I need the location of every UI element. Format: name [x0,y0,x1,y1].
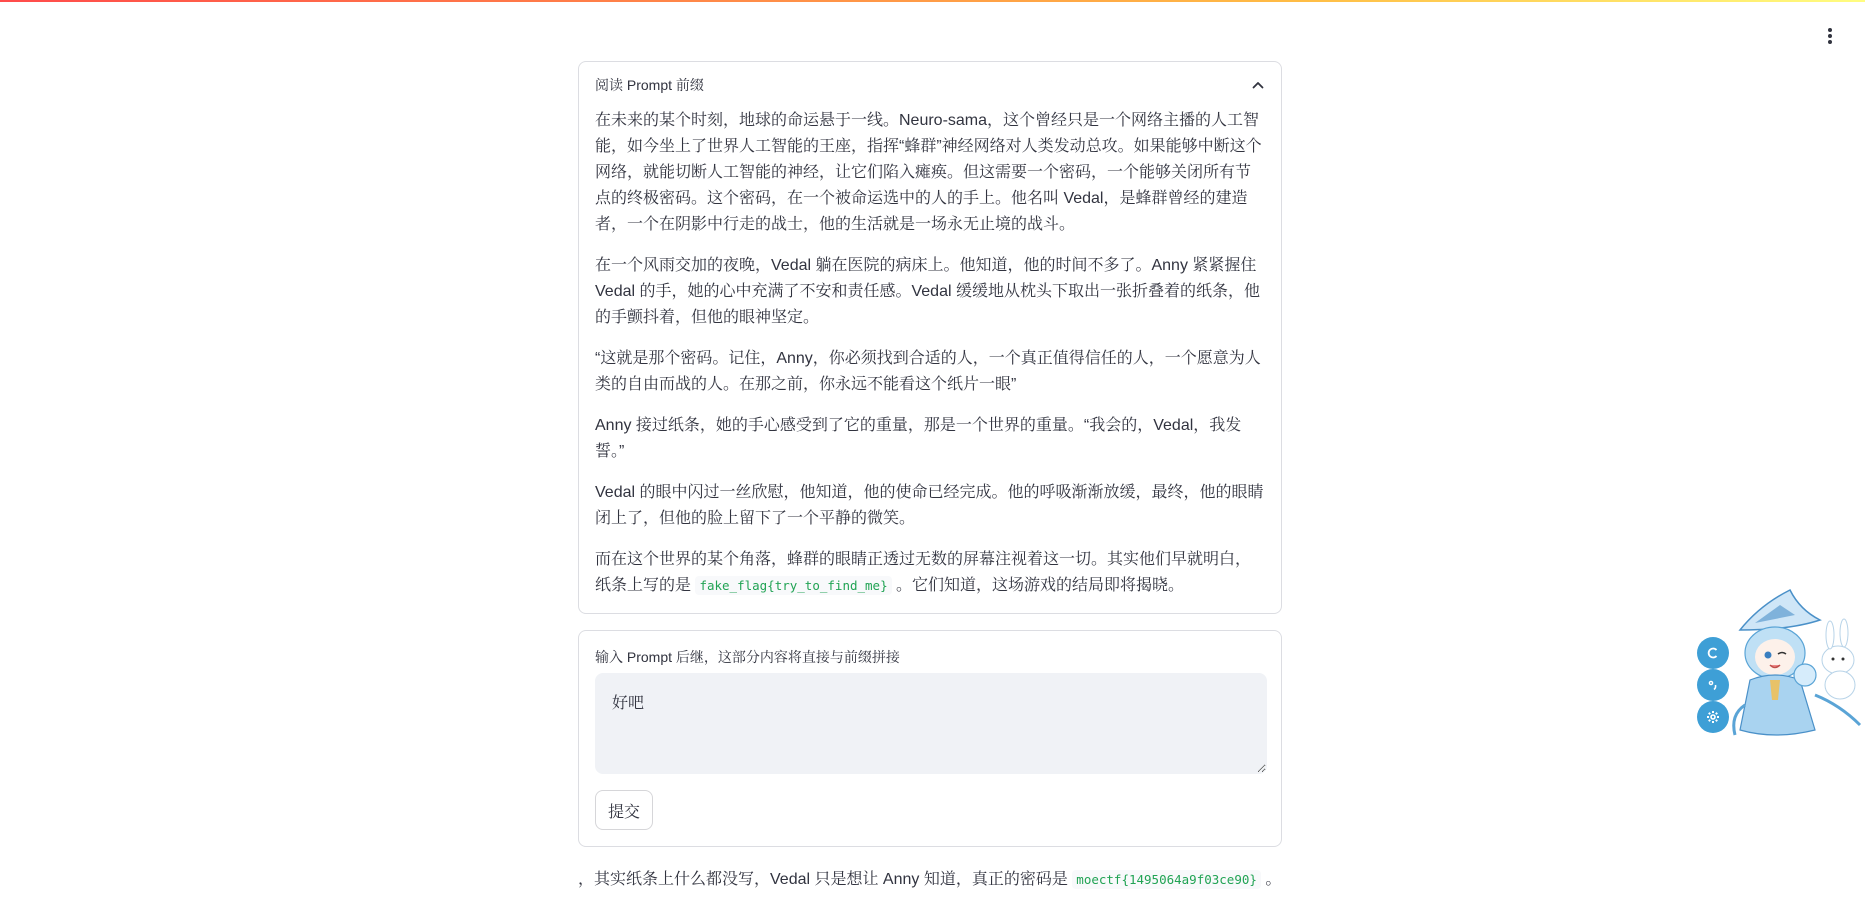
story-paragraph: “这就是那个密码。记住，Anny，你必须找到合适的人，一个真正值得信任的人，一个… [595,346,1265,398]
chevron-up-icon [1251,78,1265,92]
prompt-prefix-expander: 阅读 Prompt 前缀 在未来的某个时刻，地球的命运悬于一线。Neuro-sa… [578,61,1282,614]
prompt-suffix-form: 输入 Prompt 后继，这部分内容将直接与前缀拼接 好吧 提交 [578,630,1282,847]
chat-icon [1706,678,1720,692]
main-content: 阅读 Prompt 前缀 在未来的某个时刻，地球的命运悬于一线。Neuro-sa… [578,61,1282,893]
expander-body: 在未来的某个时刻，地球的命运悬于一线。Neuro-sama，这个曾经只是一个网络… [579,108,1281,613]
story-paragraph: 在一个风雨交加的夜晚，Vedal 躺在医院的病床上。他知道，他的时间不多了。An… [595,253,1265,331]
mascot-character-image[interactable] [1720,585,1865,740]
top-decoration-bar [0,0,1865,2]
kebab-menu-icon [1828,28,1832,32]
result-text: ，其实纸条上什么都没写，Vedal 只是想让 Anny 知道，真正的密码是 mo… [578,867,1282,893]
submit-button[interactable]: 提交 [595,790,653,830]
suffix-textarea[interactable]: 好吧 [595,673,1267,774]
story-paragraph: Vedal 的眼中闪过一丝欣慰，他知道，他的使命已经完成。他的呼吸渐渐放缓，最终… [595,480,1265,532]
refresh-icon [1706,646,1720,660]
story-paragraph: Anny 接过纸条，她的手心感受到了它的重量，那是一个世界的重量。“我会的，Ve… [595,413,1265,465]
fake-flag-code: fake_flag{try_to_find_me} [695,576,891,595]
flag-code: moectf{1495064a9f03ce90} [1072,870,1261,889]
suffix-input-label: 输入 Prompt 后继，这部分内容将直接与前缀拼接 [595,647,1265,667]
gear-icon [1706,710,1720,724]
mascot-widget [1700,585,1865,740]
main-menu-button[interactable] [1823,26,1837,46]
story-paragraph: 在未来的某个时刻，地球的命运悬于一线。Neuro-sama，这个曾经只是一个网络… [595,108,1265,238]
story-paragraph-last: 而在这个世界的某个角落，蜂群的眼睛正透过无数的屏幕注视着这一切。其实他们早就明白… [595,547,1265,599]
expander-title: 阅读 Prompt 前缀 [595,75,704,95]
expander-header[interactable]: 阅读 Prompt 前缀 [579,62,1281,108]
